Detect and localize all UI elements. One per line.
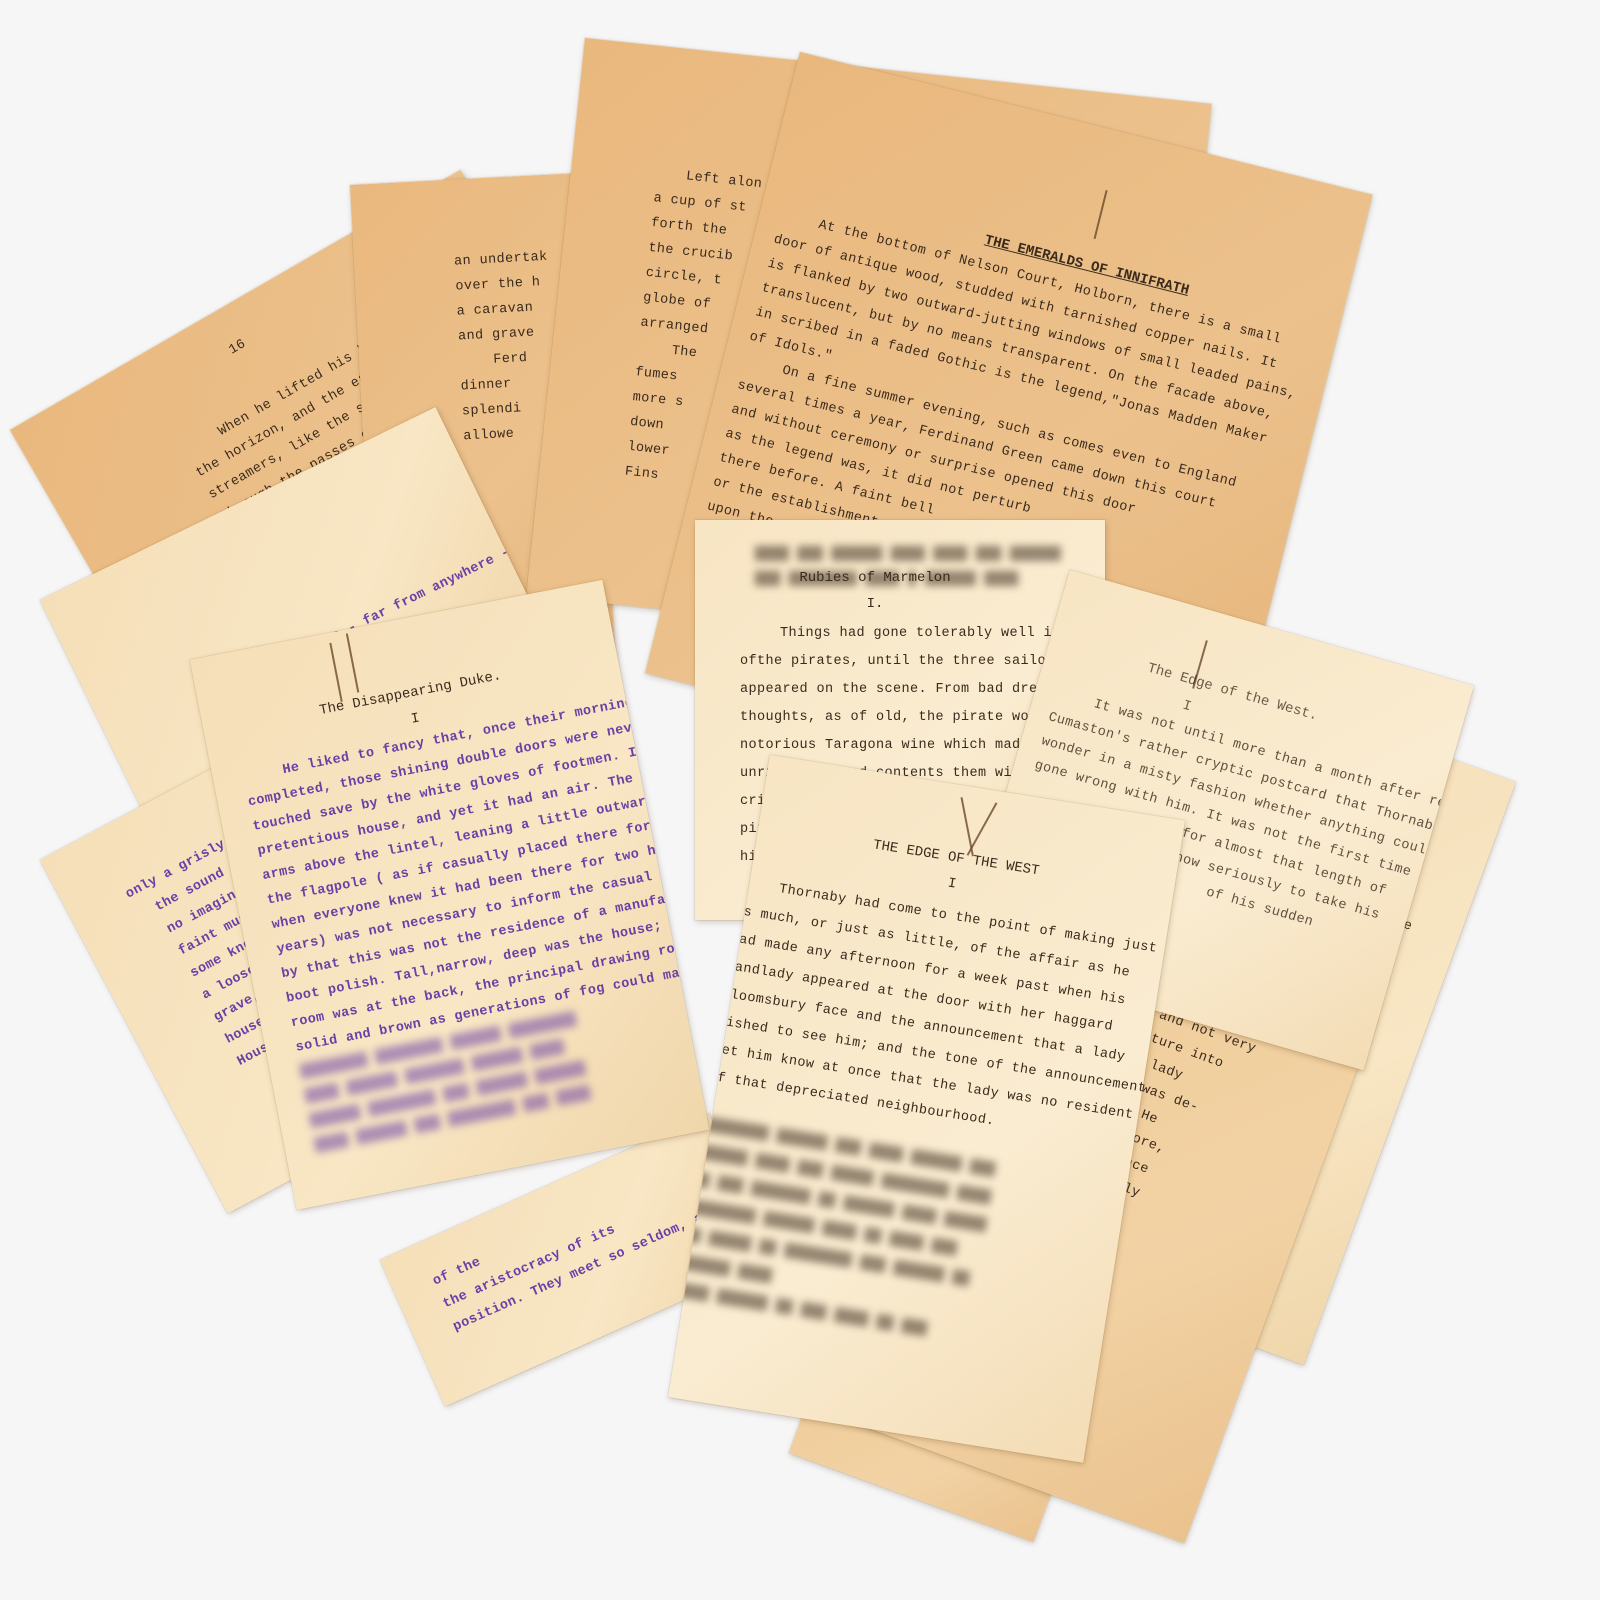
staple-mark [1094, 190, 1108, 239]
story-title: Rubies of Marmelon [695, 565, 1105, 591]
chapter-number: I. [695, 591, 1105, 617]
staple-mark [346, 633, 359, 692]
